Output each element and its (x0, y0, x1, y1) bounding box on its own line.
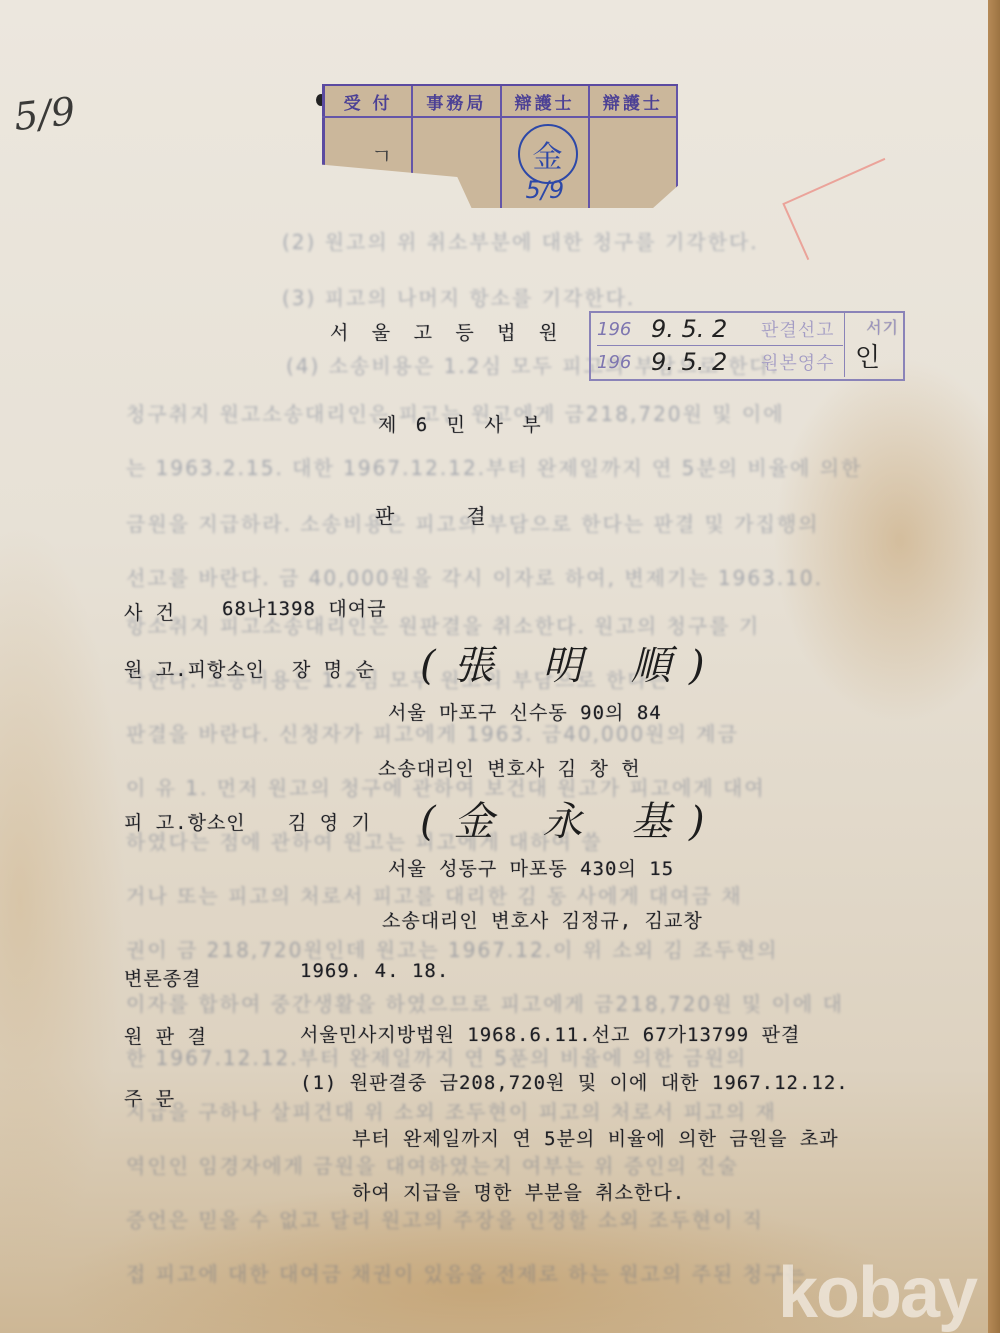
ghost-line: 역인인 임경자에게 금원을 대여하였는지 여부는 위 증인의 진술 (126, 1150, 739, 1179)
folder-edge (988, 0, 1000, 1333)
handwritten-date: 9. 5. 2 (651, 348, 761, 376)
watermark-logo: kobay (778, 1252, 976, 1333)
plaintiff-name: 장 명 순 (292, 655, 375, 682)
ghost-line: 거나 또는 피고의 처로서 피고를 대리한 김 동 사에게 대여금 채 (126, 880, 743, 909)
stamp-header-lawyer-2: 辯護士 (590, 86, 678, 116)
stamp-year: 196 (597, 352, 647, 373)
document-title: 판 결 (375, 500, 516, 529)
plaintiff-address: 서울 마포구 신수동 90의 84 (388, 698, 662, 725)
ghost-line: 지급을 구하나 살피건대 위 소외 조두현이 피고의 처로서 피고의 재 (126, 1096, 777, 1125)
ghost-line: 증언은 믿을 수 없고 달리 원고의 주장을 인정할 소외 조두현이 직 (126, 1204, 764, 1233)
lawyer-seal: 金 (518, 124, 578, 184)
division-name: 제 6 민 사 부 (378, 410, 545, 437)
clerk-initial: 인 (855, 337, 880, 374)
ghost-line: 권이 금 218,720원인데 원고는 1967.12.이 위 소외 김 조두현… (126, 934, 778, 963)
defendant-name: 김 영 기 (288, 808, 371, 835)
ghost-line: 접 피고에 대한 대여금 채권이 있음을 전제로 하는 원고의 주된 청구는 (126, 1258, 807, 1287)
plaintiff-label: 원 고.피항소인 (124, 655, 265, 682)
order-item: (1) 원판결중 금208,720원 및 이에 대한 1967.12.12. (300, 1068, 849, 1095)
stamp-header-office: 事務局 (413, 86, 501, 116)
plaintiff-attorney: 소송대리인 변호사 김 창 헌 (378, 754, 641, 781)
handwritten-mark: ㄱ (371, 140, 392, 171)
original-judgment-value: 서울민사지방법원 1968.6.11.선고 67가13799 판결 (300, 1020, 800, 1047)
defendant-label: 피 고.항소인 (124, 808, 246, 835)
ghost-line: (2) 원고의 위 취소부분에 대한 청구를 기각한다. (282, 226, 759, 255)
handwritten-date: 9. 5. 2 (651, 315, 761, 343)
page-number: 5/9 (12, 89, 77, 139)
defendant-hanja-signature: (金 永 基) (420, 790, 723, 847)
seal-char: 金 (533, 132, 563, 176)
stamp-year: 196 (597, 319, 647, 340)
ghost-line: 이자를 합하여 중간생활을 하였으므로 피고에게 금218,720원 및 이에 … (126, 988, 844, 1017)
defendant-attorney: 소송대리인 변호사 김정규, 김교창 (382, 906, 703, 933)
defendant-address: 서울 성동구 마포동 430의 15 (388, 854, 674, 881)
order-label: 주 문 (124, 1084, 175, 1111)
stamp-header-reception: 受 付 (322, 86, 413, 116)
plaintiff-hanja-signature: (張 明 順) (420, 634, 723, 691)
closing-date: 1969. 4. 18. (300, 960, 449, 982)
ghost-line: 선고를 바란다. 금 40,000원을 각시 이자로 하여, 변제기는 1963… (126, 562, 823, 591)
stamp-header-lawyer: 辯護士 (502, 86, 590, 116)
order-item: 하여 지급을 명한 부분을 취소한다. (352, 1178, 685, 1205)
judgment-date-stamp: 196 9. 5. 2 판결선고 196 9. 5. 2 원본영수 서기 인 (589, 311, 905, 381)
ghost-line: (3) 피고의 나머지 항소를 기각한다. (282, 282, 635, 311)
stamp-label-clerk: 서기 (866, 315, 899, 338)
court-name: 서 울 고 등 법 원 (330, 318, 563, 345)
order-item: 부터 완제일까지 연 5분의 비율에 의한 금원을 초과 (352, 1124, 839, 1151)
case-label: 사 건 (124, 598, 175, 625)
case-number: 68나1398 대여금 (222, 594, 387, 621)
seal-date: 5/9 (526, 176, 565, 204)
original-judgment-label: 원 판 결 (124, 1022, 207, 1049)
ghost-line: 는 1963.2.15. 대한 1967.12.12.부터 완제일까지 연 5분… (126, 452, 862, 481)
stamp-label-judgment: 판결선고 (761, 316, 835, 342)
closing-label: 변론종결 (124, 964, 201, 991)
stamp-label-receipt: 원본영수 (761, 349, 835, 375)
